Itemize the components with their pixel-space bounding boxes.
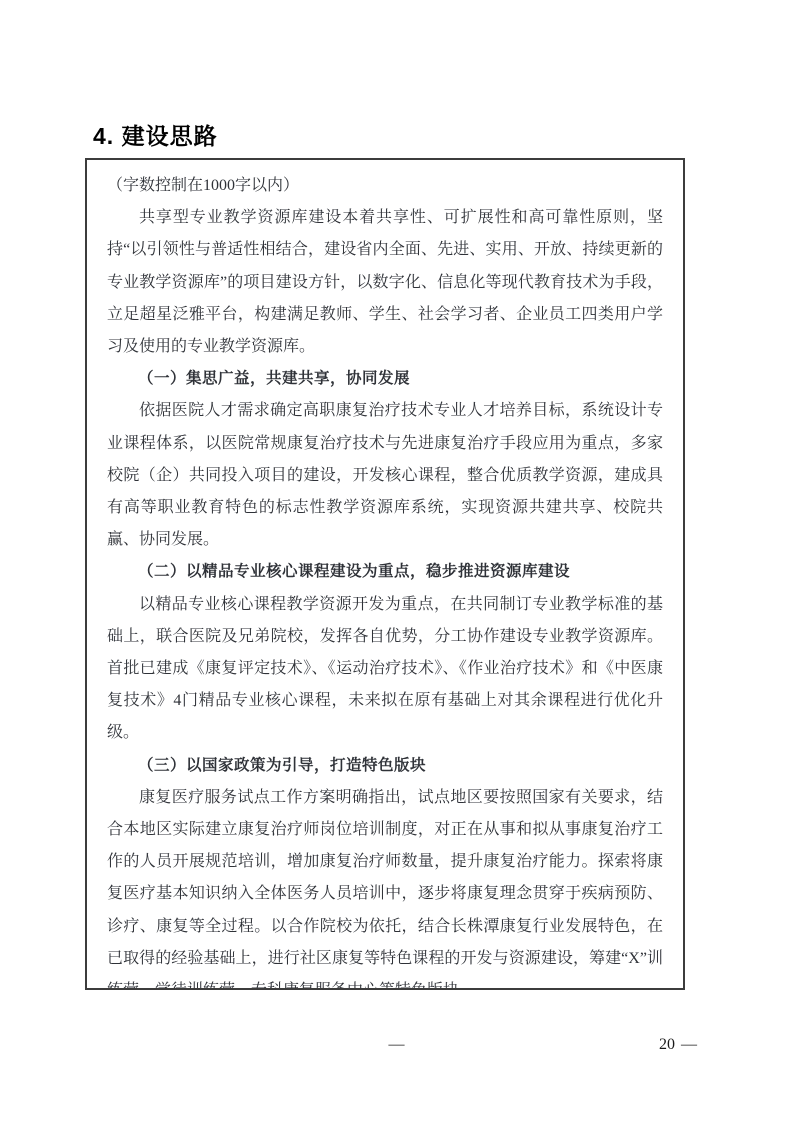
paragraph-overview: 共享型专业教学资源库建设本着共享性、可扩展性和高可靠性原则，坚持“以引领性与普适… (107, 202, 663, 363)
word-limit-note: （字数控制在1000字以内） (107, 170, 663, 202)
paragraph-section-1: 依据医院人才需求确定高职康复治疗技术专业人才培养目标，系统设计专业课程体系，以医… (107, 395, 663, 556)
section-heading-3: （三）以国家政策为引导，打造特色版块 (107, 750, 663, 782)
paragraph-section-2: 以精品专业核心课程教学资源开发为重点，在共同制订专业教学标准的基础上，联合医院及… (107, 589, 663, 750)
section-heading-2: （二）以精品专业核心课程建设为重点，稳步推进资源库建设 (107, 556, 663, 588)
page-title: 4. 建设思路 (93, 118, 218, 151)
footer-page-number: 20 (659, 1036, 675, 1053)
footer-page-number-group: 20— (659, 1036, 697, 1054)
document-page: 4. 建设思路 （字数控制在1000字以内） 共享型专业教学资源库建设本着共享性… (0, 0, 793, 1122)
content-box: （字数控制在1000字以内） 共享型专业教学资源库建设本着共享性、可扩展性和高可… (85, 158, 685, 990)
footer-right-dash: — (681, 1036, 697, 1053)
section-heading-1: （一）集思广益，共建共享，协同发展 (107, 363, 663, 395)
paragraph-section-3: 康复医疗服务试点工作方案明确指出，试点地区要按照国家有关要求，结合本地区实际建立… (107, 782, 663, 990)
